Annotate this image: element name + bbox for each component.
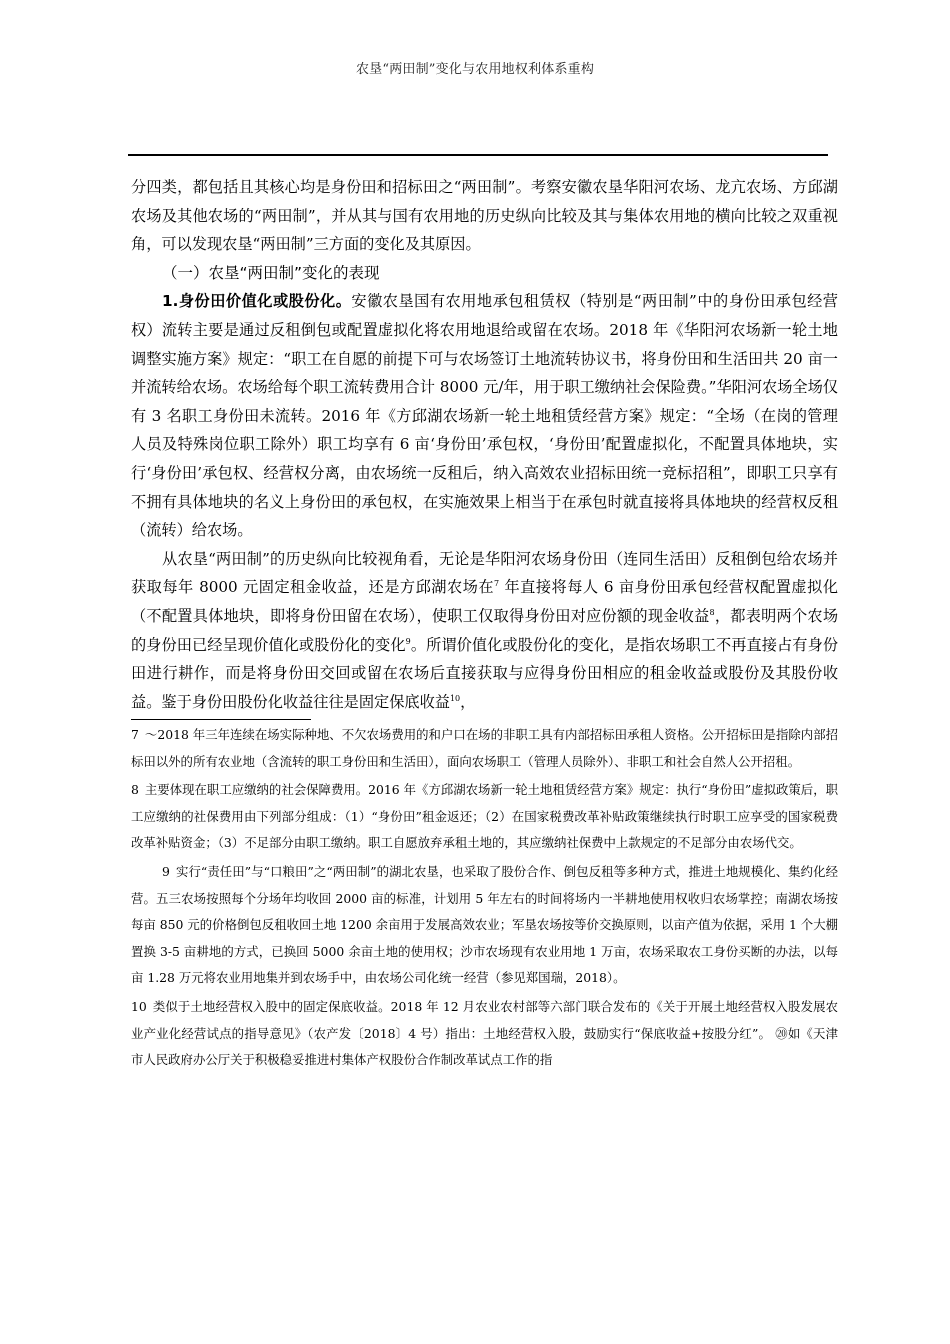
document-page: 农垦“两田制”变化与农用地权利体系重构 分四类，都包括且其核心均是身份田和招标田… — [0, 0, 950, 1344]
paragraph-1-text: 安徽农垦国有农用地承包租赁权（特别是“两田制”中的身份田承包经营权）流转主要是通… — [131, 292, 838, 539]
paragraph-1: 1.身份田价值化或股份化。安徽农垦国有农用地承包租赁权（特别是“两田制”中的身份… — [131, 287, 838, 544]
footnote-text: 实行“责任田”与“口粮田”之“两田制”的湖北农垦，也采取了股份合作、倒包反租等多… — [131, 864, 838, 985]
paragraph-2: 从农垦“两田制”的历史纵向比较视角看，无论是华阳河农场身份田（连同生活田）反租倒… — [131, 545, 838, 717]
footnote-separator — [131, 719, 311, 720]
footnote-number: 10 — [131, 999, 147, 1014]
body-text: 分四类，都包括且其核心均是身份田和招标田之“两田制”。考察安徽农垦华阳河农场、龙… — [131, 173, 838, 716]
footnote-10: 10类似于土地经营权入股中的固定保底收益。2018 年 12 月农业农村部等六部… — [131, 994, 838, 1074]
footnote-9: 9实行“责任田”与“口粮田”之“两田制”的湖北农垦，也采取了股份合作、倒包反租等… — [131, 859, 838, 992]
paragraph-intro: 分四类，都包括且其核心均是身份田和招标田之“两田制”。考察安徽农垦华阳河农场、龙… — [131, 173, 838, 259]
footnote-ref-10[interactable]: 10 — [450, 694, 460, 703]
paragraph-1-lead: 1.身份田价值化或股份化。 — [162, 292, 351, 310]
paragraph-2-part-5: ， — [460, 693, 475, 711]
footnotes: 7～2018 年三年连续在场实际种地、不欠农场费用的和户口在场的非职工具有内部招… — [131, 722, 838, 1076]
footnote-number: 9 — [162, 864, 170, 879]
footnote-number: 8 — [131, 782, 139, 797]
header-rule — [128, 154, 828, 156]
footnote-8: 8主要体现在职工应缴纳的社会保障费用。2016 年《方邱湖农场新一轮土地租赁经营… — [131, 777, 838, 857]
footnote-text: 类似于土地经营权入股中的固定保底收益。2018 年 12 月农业农村部等六部门联… — [131, 999, 838, 1067]
running-header-title: 农垦“两田制”变化与农用地权利体系重构 — [0, 58, 950, 77]
section-heading: （一）农垦“两田制”变化的表现 — [131, 259, 838, 288]
footnote-number: 7 — [131, 727, 139, 742]
footnote-text: 主要体现在职工应缴纳的社会保障费用。2016 年《方邱湖农场新一轮土地租赁经营方… — [131, 782, 838, 850]
footnote-7: 7～2018 年三年连续在场实际种地、不欠农场费用的和户口在场的非职工具有内部招… — [131, 722, 838, 775]
footnote-text: ～2018 年三年连续在场实际种地、不欠农场费用的和户口在场的非职工具有内部招标… — [131, 727, 838, 769]
